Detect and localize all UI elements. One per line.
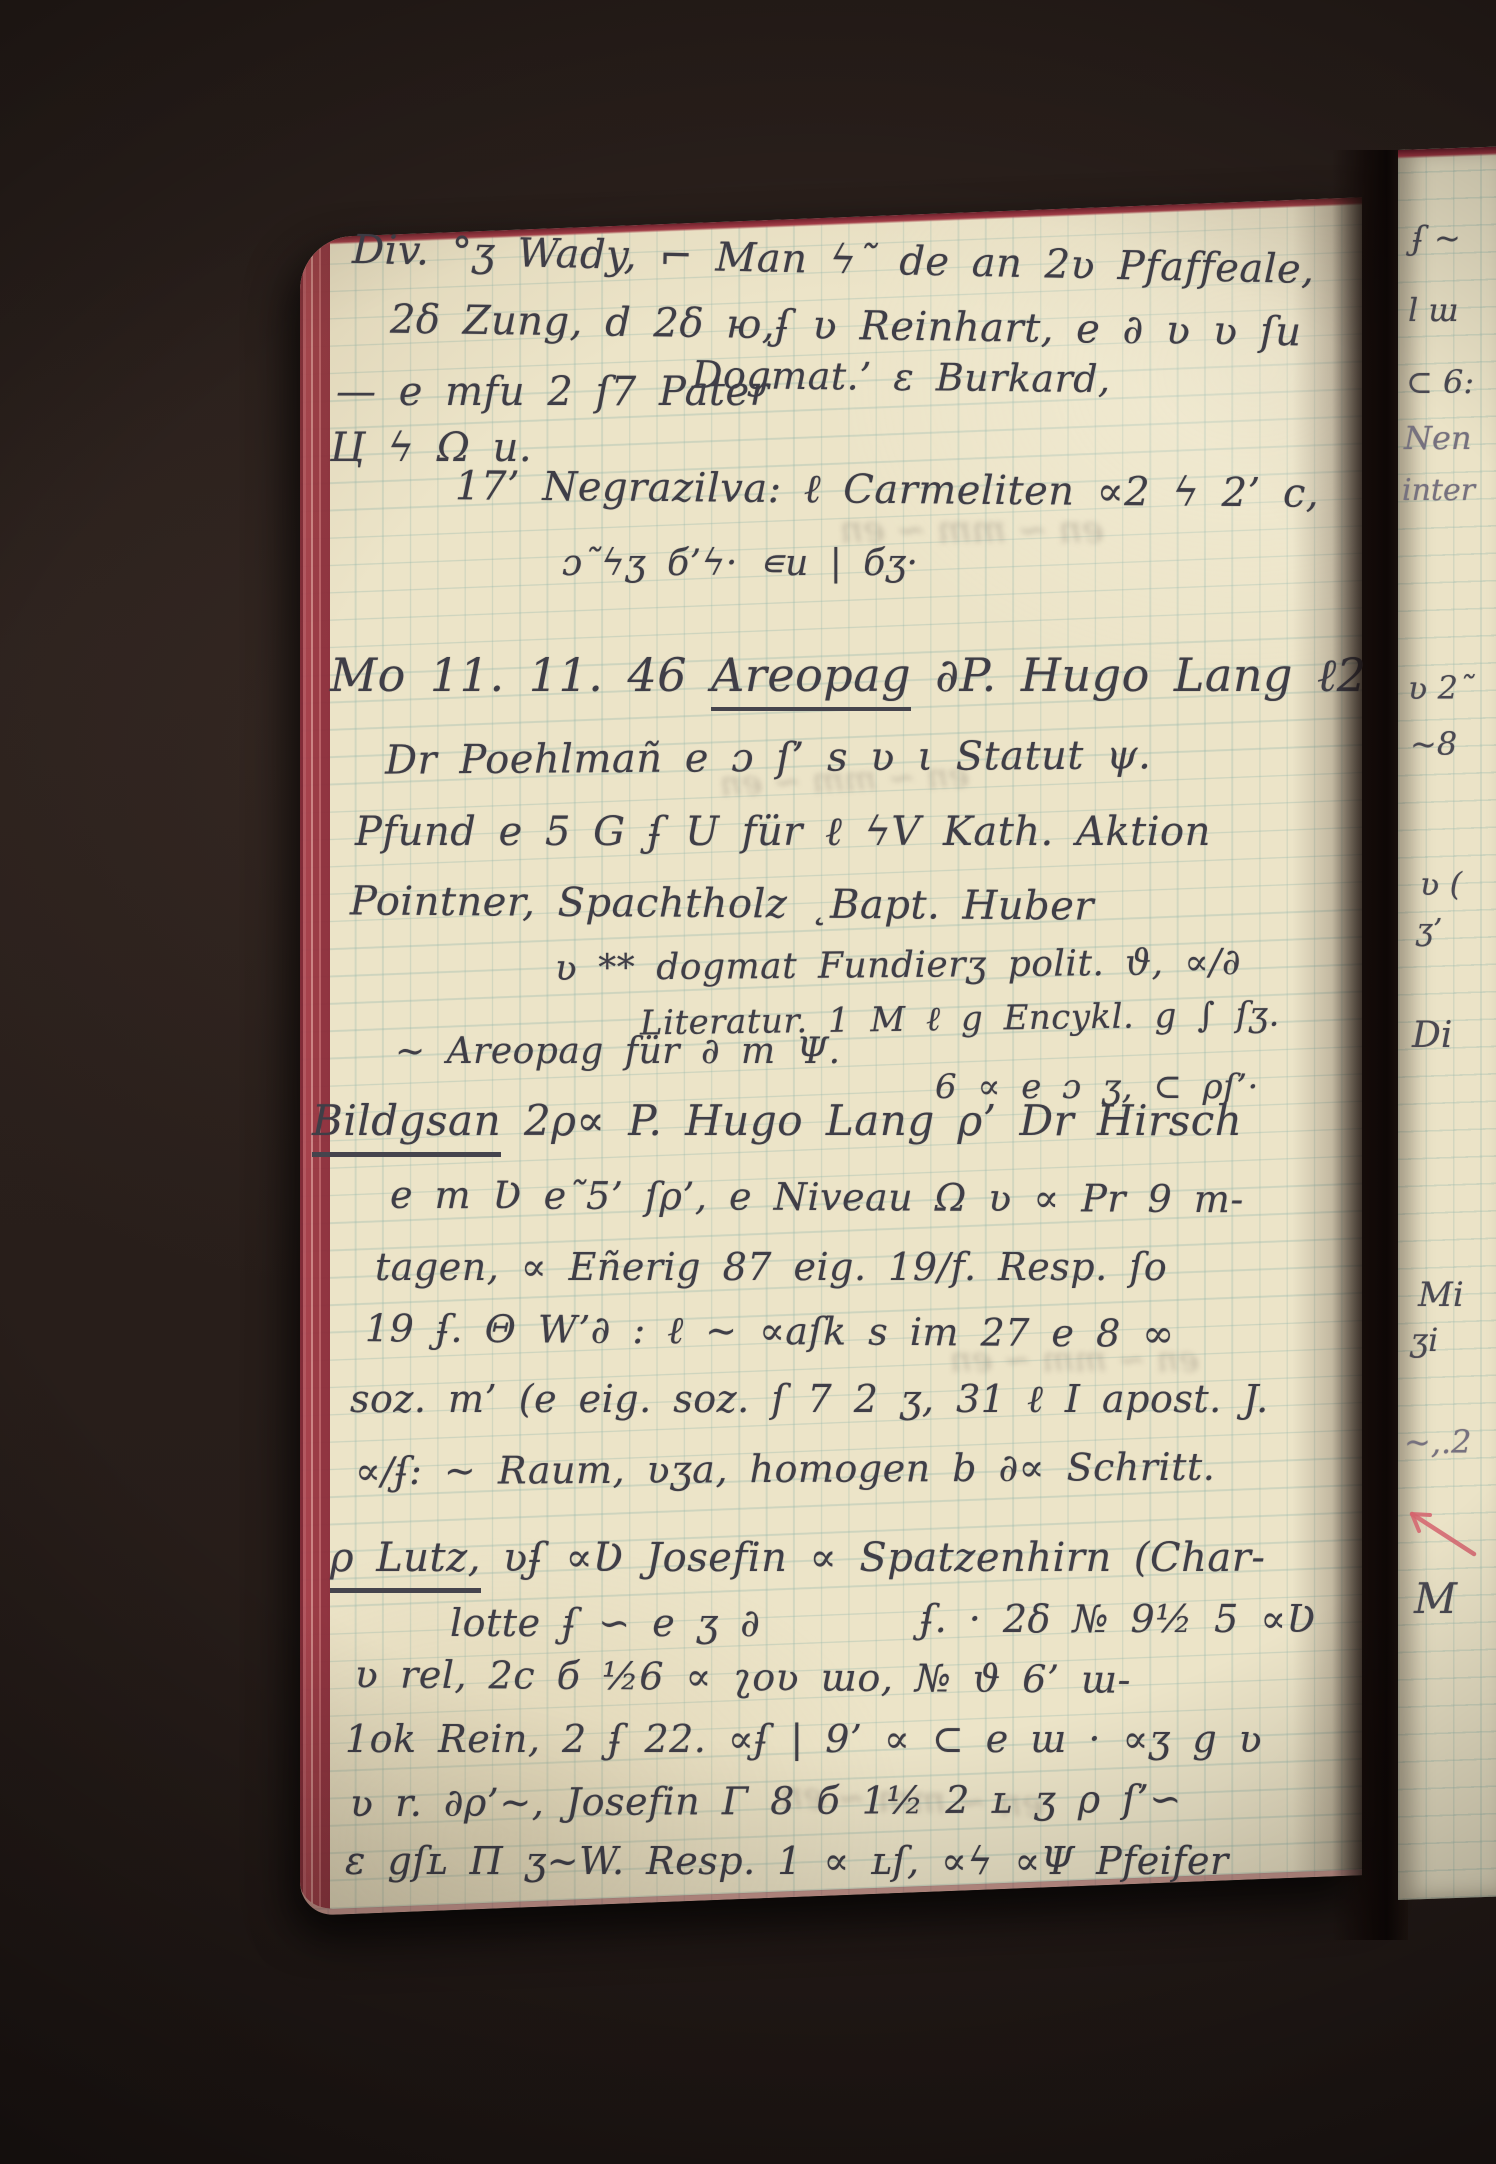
handwriting-fragment: Di: [1412, 1018, 1452, 1054]
handwriting-fragment: ʋ (: [1420, 868, 1462, 900]
notebook-left-page: en ~ mm ~ en en ~ mm ~ en en ~ mm ~ en e…: [300, 160, 1362, 1950]
handwriting-line: ∝/ʄ: ~ Raum, ʋʒa, homogen b ∂∝ Schritt.: [355, 1448, 1215, 1491]
handwriting-line: soz. m’ (e eig. soz. ſ 7 2 ʒ, 31 ℓ I apo…: [350, 1380, 1269, 1418]
handwriting-fragment: ʒ’: [1416, 916, 1442, 946]
entry-heading-bildgsan: Bildgsan 2ρ∝ P. Hugo Lang ρ’ Dr Hirsch: [312, 1100, 1242, 1142]
handwriting-line: 19 ʄ. Θ W’∂ : ℓ ~ ∝aſk s im 27 e 8 ∞: [365, 1309, 1175, 1353]
handwriting-line: 17’ Negrazilva: ℓ Carmeliten ∝2 ϟ 2’ c,: [455, 466, 1319, 514]
handwriting-fragment: ~8: [1410, 728, 1457, 760]
entry-heading-areopag: Mo 11. 11. 46 Areopag ∂P. Hugo Lang ℓ2: [330, 652, 1366, 698]
handwriting-line: Ц ϟ Ω u.: [330, 428, 532, 468]
right-page-paper: [1398, 147, 1496, 1900]
red-page-edge-left: [300, 237, 330, 1910]
left-page-paper: [300, 197, 1362, 1916]
photo-backdrop: en ~ mm ~ en en ~ mm ~ en en ~ mm ~ en e…: [0, 0, 1496, 2164]
ink-bleed-through: en ~ mm ~ en: [719, 756, 969, 805]
gutter-shadow: [1332, 150, 1408, 1940]
entry-participants: 2ρ∝ P. Hugo Lang ρ’ Dr Hirsch: [501, 1096, 1242, 1145]
handwriting-line: ʄ. · 2δ № 9½ 5 ∝Ʋ: [920, 1600, 1316, 1638]
handwriting-line: ɔ˜ϟʒ б’ϟ· ∊u | бʒ·: [562, 546, 919, 582]
handwriting-line: Div. °ʒ Wady, ⌐ Man ϟ˜ de an 2ʋ Pfaffeal…: [352, 230, 1315, 290]
handwriting-line: tagen, ∝ Eñerig 87 eig. 19/f. Resp. ſo: [375, 1248, 1167, 1286]
handwriting-line: Dogmat.’ ε Burkard,: [692, 356, 1111, 398]
red-pencil-arrow: [1398, 1506, 1482, 1560]
handwriting-line: Pfund e 5 G ʄ U für ℓ ϟV Kath. Aktion: [355, 812, 1211, 852]
handwriting-line: ~ Areopag für ∂ m Ψ.: [395, 1034, 841, 1070]
entry-text: ʋʄ ∝Ʋ Josefin ∝ Spatzenhirn (Char-: [481, 1535, 1265, 1581]
handwriting-fragment: inter: [1402, 476, 1475, 506]
handwriting-line: ʋ r. ∂ρ’~, Josefin Γ 8 б 1½ 2 ʟ ʒ ρ ſ’∽: [350, 1780, 1182, 1822]
handwriting-line: 6 ∝ e ɔ ʒ, ⊂ ρſ’·: [935, 1070, 1259, 1104]
handwriting-line: Pointner, Spachtholz ˛Bapt. Huber: [350, 881, 1094, 926]
entry-title-underlined: Bildgsan: [312, 1096, 501, 1157]
handwriting-line: — e mfu 2 ſ7 Pater: [336, 372, 769, 412]
paper-grain: [300, 197, 1362, 1910]
handwriting-fragment: l ɯ: [1408, 294, 1459, 326]
handwriting-line: e m Ʋ e˜5’ ſρ’, e Niveau Ω ʋ ∝ Pr 9 m-: [390, 1176, 1244, 1218]
handwriting-line: 2δ Zung, d 2δ ю,ʄ ʋ Reinhart, e ∂ ʋ ʋ ſu: [390, 300, 1302, 353]
entry-title-underlined: Areopag: [711, 648, 911, 711]
entry-title-underlined: ρ Lutz,: [330, 1535, 481, 1593]
handwriting-fragment: ʋ 2˜: [1408, 672, 1474, 704]
handwriting-fragment: ʒi: [1410, 1324, 1438, 1356]
handwriting-line: ʋ rel, 2c б ½6 ∝ ʅoʋ ɯo, № ϑ 6’ ɯ-: [355, 1655, 1131, 1698]
entry-heading-lutz: ρ Lutz, ʋʄ ∝Ʋ Josefin ∝ Spatzenhirn (Cha…: [330, 1538, 1265, 1578]
handwriting-line: lotte ʄ ∽ e ʒ ∂: [450, 1604, 760, 1642]
ink-bleed-through: en ~ mm ~ en: [840, 510, 1103, 551]
handwriting-line: 1ok Rein, 2 ʄ 22. ∝ʄ | 9’ ∝ ⊂ e ɯ · ∝ʒ g…: [345, 1720, 1262, 1758]
notebook-right-page-sliver: ʄ ~ l ɯ ⊂ 6: Nen inter ʋ 2˜ ~8 ʋ ( ʒ’ Di…: [1398, 150, 1496, 1940]
red-page-edge-top: [300, 197, 1362, 246]
handwriting-line: ʋ ** dogmat Fundierʒ polit. ϑ, ∝/∂: [555, 945, 1241, 987]
gutter-side-shading: [1292, 197, 1362, 1872]
handwriting-fragment: ~,.2: [1404, 1426, 1472, 1458]
handwriting-line: Literatur. 1 M ℓ g Encykl. g ∫ ſʒ.: [640, 998, 1280, 1041]
handwriting-fragment: M: [1414, 1578, 1457, 1620]
handwriting-fragment: ⊂ 6:: [1406, 366, 1474, 398]
handwriting-fragment: Mi: [1418, 1278, 1464, 1312]
handwriting-fragment: Nen: [1404, 422, 1472, 454]
handwriting-line: ε gſʟ Π ʒ~W. Resp. 1 ∝ ʟſ, ∝ϟ ∝Ψ Pfeifer: [345, 1842, 1229, 1880]
handwriting-fragment: ʄ ~: [1412, 222, 1461, 254]
red-page-edge-top: [1398, 147, 1496, 159]
ink-bleed-through: en ~ mm ~ en: [779, 1775, 1044, 1825]
entry-date: Mo 11. 11. 46: [330, 648, 711, 702]
ink-bleed-through: en ~ mm ~ en: [950, 1340, 1199, 1380]
entry-speaker: ∂P. Hugo Lang ℓ2: [911, 648, 1366, 702]
handwriting-line: Dr Poehlmañ e ɔ ſ’ s ʋ ι Statut ψ.: [385, 735, 1151, 780]
